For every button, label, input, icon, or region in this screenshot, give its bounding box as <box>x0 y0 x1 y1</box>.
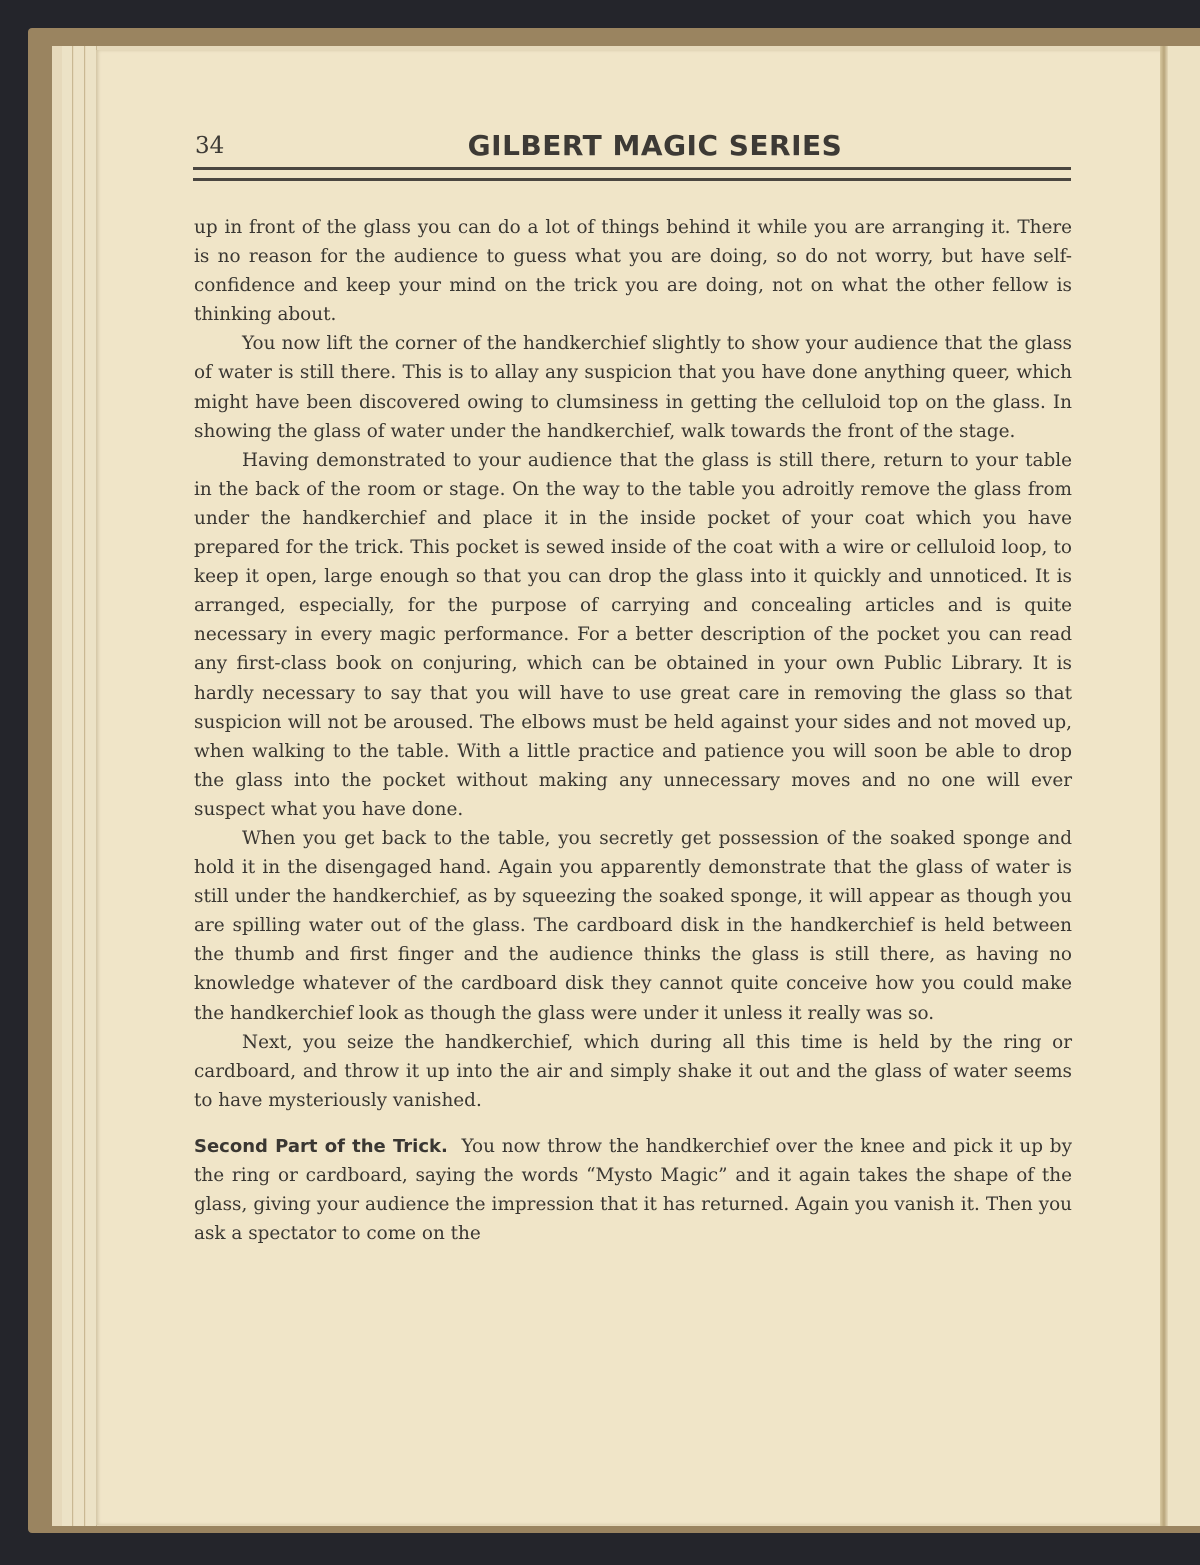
page-edge <box>74 46 85 1526</box>
paragraph: Having demonstrated to your audience tha… <box>194 446 1072 824</box>
header-rule-top <box>193 167 1071 170</box>
section-heading: Second Part of the Trick. <box>194 1136 448 1157</box>
running-title: GILBERT MAGIC SERIES <box>195 129 1075 162</box>
book-gutter <box>1160 46 1168 1526</box>
body-text: up in front of the glass you can do a lo… <box>194 213 1072 1248</box>
paragraph: You now lift the corner of the handkerch… <box>194 329 1072 445</box>
header-rule-bottom <box>193 178 1071 181</box>
paragraph: Next, you seize the handkerchief, which … <box>194 1028 1072 1115</box>
facing-page-edge <box>1168 46 1200 1526</box>
paragraph: When you get back to the table, you secr… <box>194 824 1072 1028</box>
section-paragraph: Second Part of the Trick. You now throw … <box>194 1132 1072 1248</box>
page-edge <box>62 46 73 1526</box>
paragraph: up in front of the glass you can do a lo… <box>194 213 1072 329</box>
